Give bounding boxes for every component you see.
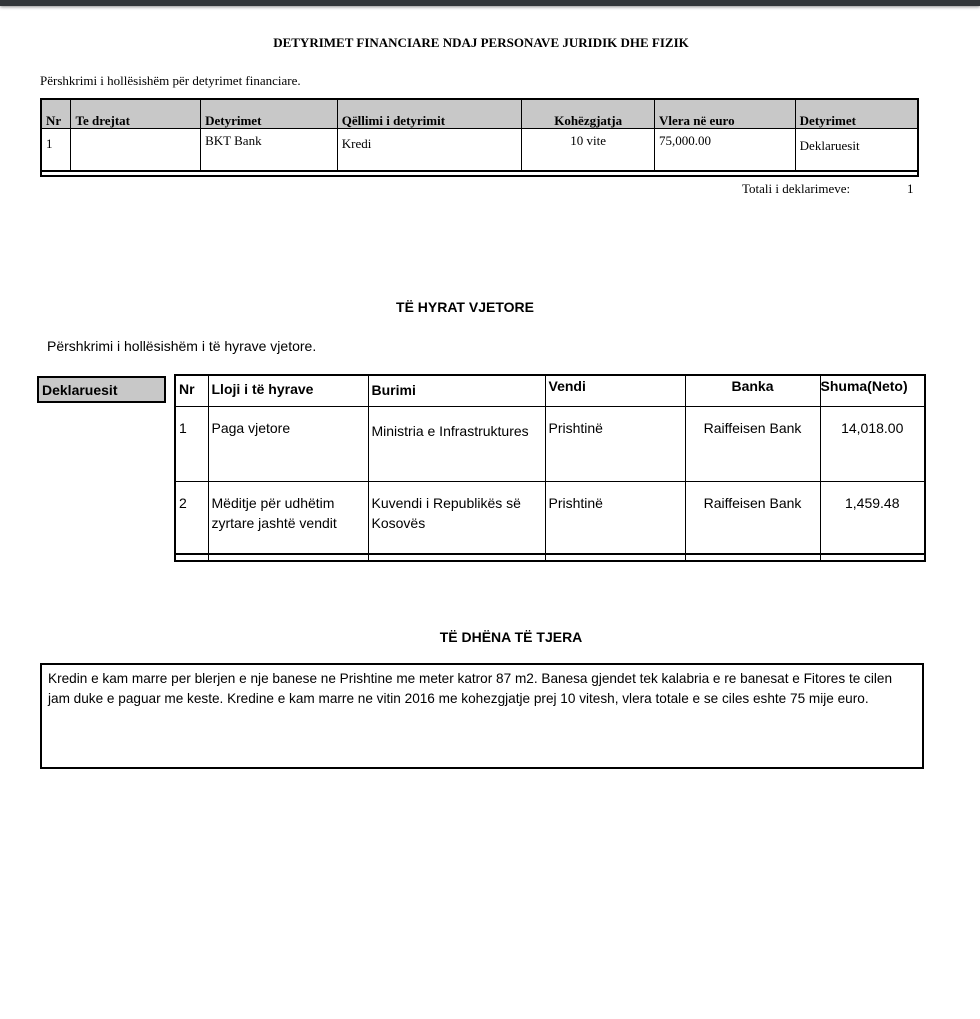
- table-footer-spacer: [41, 171, 918, 176]
- declarant-label: Deklaruesit: [37, 376, 166, 403]
- column-header: Nr: [175, 375, 208, 407]
- annual-income-description: Përshkrimi i hollësishëm i të hyrave vje…: [47, 338, 316, 354]
- cell-shuma: 14,018.00: [820, 407, 925, 482]
- annual-income-title: TË HYRAT VJETORE: [0, 299, 930, 315]
- table-row: 2 Mëditje për udhëtim zyrtare jashtë ven…: [175, 482, 925, 555]
- financial-obligations-title: DETYRIMET FINANCIARE NDAJ PERSONAVE JURI…: [0, 35, 962, 51]
- table-footer-spacer: [175, 554, 925, 561]
- column-header: Lloji i të hyrave: [208, 375, 368, 407]
- cell-shuma: 1,459.48: [820, 482, 925, 555]
- cell-vendi: Prishtinë: [545, 407, 685, 482]
- column-header: Qëllimi i detyrimit: [337, 99, 521, 129]
- cell-te-drejtat: [71, 129, 201, 172]
- cell-vendi: Prishtinë: [545, 482, 685, 555]
- other-data-title: TË DHËNA TË TJERA: [0, 629, 980, 645]
- cell-banka: Raiffeisen Bank: [685, 407, 820, 482]
- column-header: Detyrimet: [201, 99, 338, 129]
- cell-burimi: Ministria e Infrastruktures: [368, 407, 545, 482]
- table-row: 1 BKT Bank Kredi 10 vite 75,000.00 Dekla…: [41, 129, 918, 172]
- financial-obligations-table: Nr Te drejtat Detyrimet Qëllimi i detyri…: [40, 98, 919, 177]
- column-header: Detyrimet: [795, 99, 918, 129]
- cell-vlera: 75,000.00: [655, 129, 796, 172]
- column-header: Vendi: [545, 375, 685, 407]
- column-header: Kohëzgjatja: [522, 99, 655, 129]
- column-header: Shuma(Neto): [820, 375, 925, 407]
- financial-obligations-description: Përshkrimi i hollësishëm për detyrimet f…: [40, 73, 301, 89]
- cell-lloji: Mëditje për udhëtim zyrtare jashtë vendi…: [208, 482, 368, 555]
- total-declarations-label: Totali i deklarimeve:: [742, 181, 850, 197]
- cell-kohezgjatja: 10 vite: [522, 129, 655, 172]
- column-header: Banka: [685, 375, 820, 407]
- table-header-row: Nr Lloji i të hyrave Burimi Vendi Banka …: [175, 375, 925, 407]
- total-declarations-value: 1: [907, 181, 914, 197]
- cell-banka: Raiffeisen Bank: [685, 482, 820, 555]
- viewer-toolbar: [0, 0, 980, 6]
- annual-income-table: Nr Lloji i të hyrave Burimi Vendi Banka …: [174, 374, 926, 562]
- column-header: Te drejtat: [71, 99, 201, 129]
- cell-qellimi: Kredi: [337, 129, 521, 172]
- table-row: 1 Paga vjetore Ministria e Infrastruktur…: [175, 407, 925, 482]
- cell-detyrimet: BKT Bank: [201, 129, 338, 172]
- cell-lloji: Paga vjetore: [208, 407, 368, 482]
- other-data-notes: Kredin e kam marre per blerjen e nje ban…: [40, 663, 924, 769]
- cell-nr: 2: [175, 482, 208, 555]
- column-header: Vlera në euro: [655, 99, 796, 129]
- cell-nr: 1: [41, 129, 71, 172]
- column-header: Burimi: [368, 375, 545, 407]
- cell-burimi: Kuvendi i Republikës së Kosovës: [368, 482, 545, 555]
- cell-detyrimet2: Deklaruesit: [795, 129, 918, 172]
- cell-nr: 1: [175, 407, 208, 482]
- table-header-row: Nr Te drejtat Detyrimet Qëllimi i detyri…: [41, 99, 918, 129]
- column-header: Nr: [41, 99, 71, 129]
